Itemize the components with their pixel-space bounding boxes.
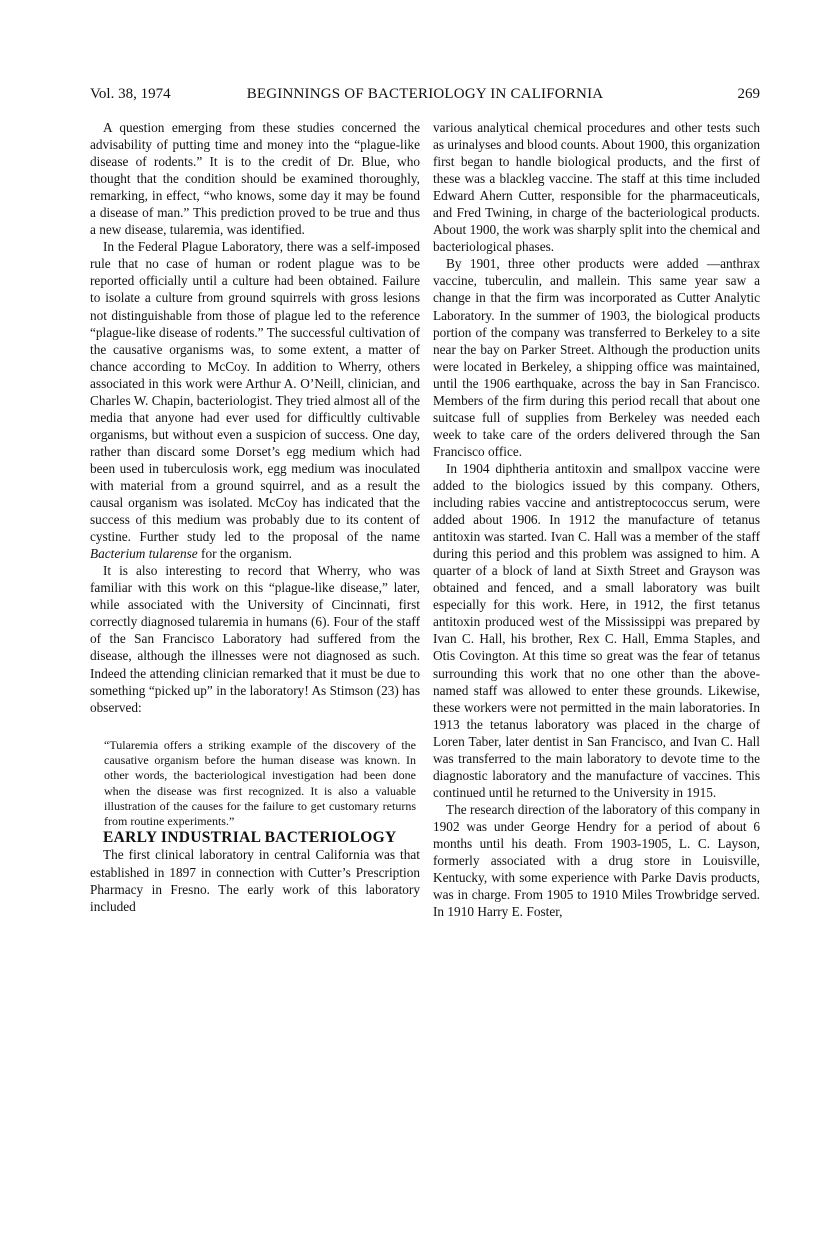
page-number: 269: [738, 86, 761, 103]
paragraph-text: for the organism.: [198, 546, 292, 561]
paragraph: It is also interesting to record that Wh…: [90, 562, 420, 715]
paragraph: By 1901, three other products were added…: [433, 255, 760, 460]
left-column: A question emerging from these studies c…: [90, 119, 420, 915]
quote-text: “Tularemia offers a striking example of …: [104, 738, 416, 830]
right-column: various analytical chemical procedures a…: [433, 119, 760, 920]
block-quote: “Tularemia offers a striking example of …: [104, 738, 416, 830]
paragraph: In 1904 diphtheria antitoxin and smallpo…: [433, 460, 760, 801]
section-heading: EARLY INDUSTRIAL BACTERIOLOGY: [90, 829, 420, 846]
paragraph: The research direction of the laboratory…: [433, 801, 760, 920]
paragraph: The first clinical laboratory in central…: [90, 846, 420, 914]
species-name: Bacterium tularense: [90, 546, 198, 561]
paragraph: A question emerging from these studies c…: [90, 119, 420, 238]
running-header: Vol. 38, 1974 BEGINNINGS OF BACTERIOLOGY…: [90, 86, 760, 106]
running-title: BEGINNINGS OF BACTERIOLOGY IN CALIFORNIA: [90, 86, 760, 103]
paragraph-text: In the Federal Plague Laboratory, there …: [90, 239, 420, 544]
paragraph: various analytical chemical procedures a…: [433, 119, 760, 255]
paragraph: In the Federal Plague Laboratory, there …: [90, 238, 420, 562]
